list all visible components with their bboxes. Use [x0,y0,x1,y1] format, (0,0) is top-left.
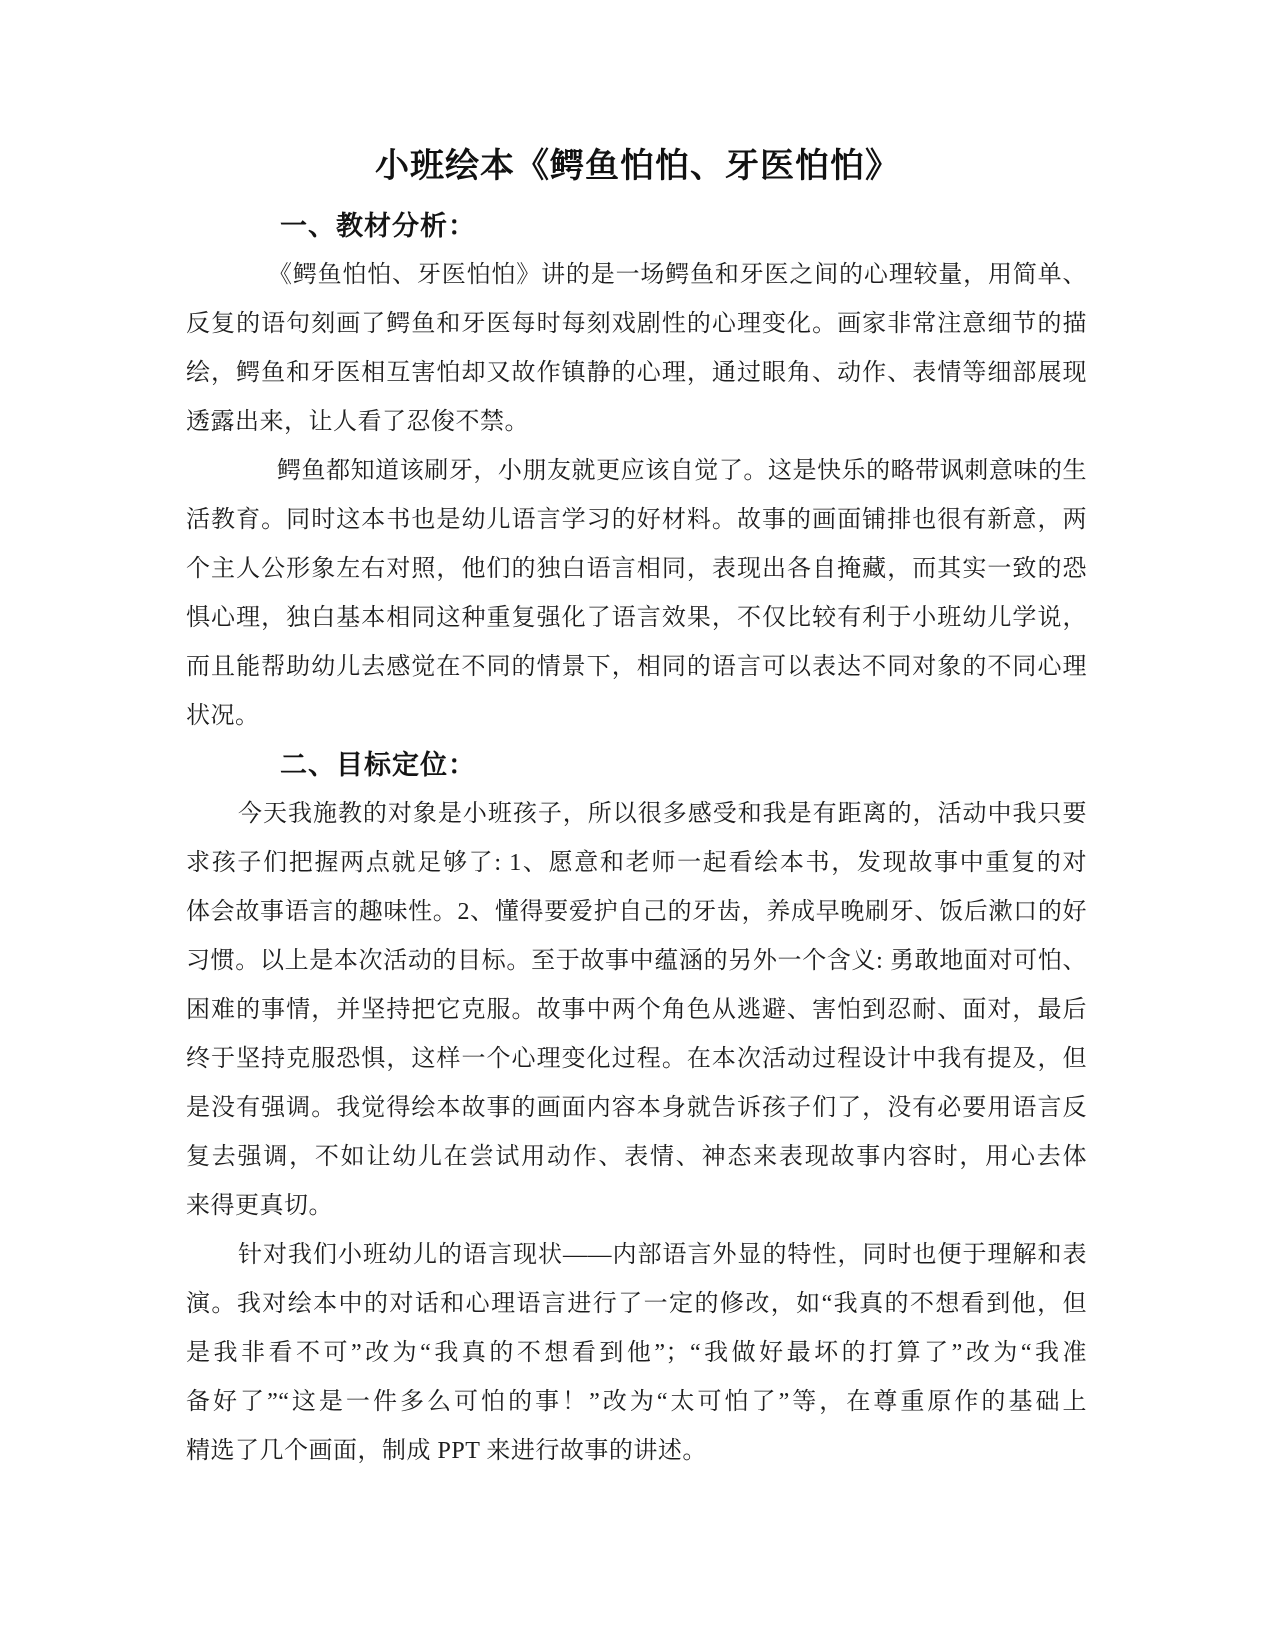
paragraph: 针对我们小班幼儿的语言现状——内部语言外显的特性，同时也便于理解和表演。我对绘本… [186,1231,1087,1476]
text-line: 困难的事情，并坚持把它克服。故事中两个角色从逃避、害怕到忍耐、面对，最后 [186,986,1087,1035]
text-line: 精选了几个画面，制成 PPT 来进行故事的讲述。 [186,1427,1087,1476]
text-line: 体会故事语言的趣味性。2、懂得要爱护自己的牙齿，养成早晚刷牙、饭后漱口的好 [186,888,1087,937]
paragraph: 《鳄鱼怕怕、牙医怕怕》讲的是一场鳄鱼和牙医之间的心理较量，用简单、反复的语句刻画… [186,251,1087,447]
text-line: 是没有强调。我觉得绘本故事的画面内容本身就告诉孩子们了，没有必要用语言反 [186,1084,1087,1133]
text-line: 针对我们小班幼儿的语言现状——内部语言外显的特性，同时也便于理解和表 [186,1231,1087,1280]
document-page: 小班绘本《鳄鱼怕怕、牙医怕怕》 一、教材分析：《鳄鱼怕怕、牙医怕怕》讲的是一场鳄… [0,0,1275,1650]
text-line: 个主人公形象左右对照，他们的独白语言相同，表现出各自掩藏，而其实一致的恐 [186,545,1087,594]
document-title: 小班绘本《鳄鱼怕怕、牙医怕怕》 [0,142,1275,192]
text-line: 终于坚持克服恐惧，这样一个心理变化过程。在本次活动过程设计中我有提及，但 [186,1035,1087,1084]
text-line: 习惯。以上是本次活动的目标。至于故事中蕴涵的另外一个含义: 勇敢地面对可怕、 [186,937,1087,986]
text-line: 来得更真切。 [186,1182,1087,1231]
text-line: 是我非看不可”改为“我真的不想看到他”；“我做好最坏的打算了”改为“我准 [186,1329,1087,1378]
document-body: 一、教材分析：《鳄鱼怕怕、牙医怕怕》讲的是一场鳄鱼和牙医之间的心理较量，用简单、… [186,202,1087,1476]
section-heading: 二、目标定位： [186,741,1087,790]
section-heading: 一、教材分析： [186,202,1087,251]
text-line: 演。我对绘本中的对话和心理语言进行了一定的修改，如“我真的不想看到他，但 [186,1280,1087,1329]
text-line: 复去强调，不如让幼儿在尝试用动作、表情、神态来表现故事内容时，用心去体验， [186,1133,1087,1182]
text-line: 反复的语句刻画了鳄鱼和牙医每时每刻戏剧性的心理变化。画家非常注意细节的描 [186,300,1087,349]
text-line: 绘，鳄鱼和牙医相互害怕却又故作镇静的心理，通过眼角、动作、表情等细部展现 [186,349,1087,398]
paragraph: 今天我施教的对象是小班孩子，所以很多感受和我是有距离的，活动中我只要求孩子们把握… [186,790,1087,1231]
paragraph: 鳄鱼都知道该刷牙，小朋友就更应该自觉了。这是快乐的略带讽刺意味的生活教育。同时这… [186,447,1087,741]
text-line: 而且能帮助幼儿去感觉在不同的情景下，相同的语言可以表达不同对象的不同心理 [186,643,1087,692]
text-line: 鳄鱼都知道该刷牙，小朋友就更应该自觉了。这是快乐的略带讽刺意味的生 [186,447,1087,496]
text-line: 求孩子们把握两点就足够了: 1、愿意和老师一起看绘本书，发现故事中重复的对话， [186,839,1087,888]
text-line: 《鳄鱼怕怕、牙医怕怕》讲的是一场鳄鱼和牙医之间的心理较量，用简单、 [186,251,1087,300]
text-line: 活教育。同时这本书也是幼儿语言学习的好材料。故事的画面铺排也很有新意，两 [186,496,1087,545]
text-line: 透露出来，让人看了忍俊不禁。 [186,398,1087,447]
text-line: 今天我施教的对象是小班孩子，所以很多感受和我是有距离的，活动中我只要 [186,790,1087,839]
text-line: 状况。 [186,692,1087,741]
text-line: 惧心理，独白基本相同这种重复强化了语言效果，不仅比较有利于小班幼儿学说， [186,594,1087,643]
text-line: 备好了”“这是一件多么可怕的事！”改为“太可怕了”等，在尊重原作的基础上 [186,1378,1087,1427]
